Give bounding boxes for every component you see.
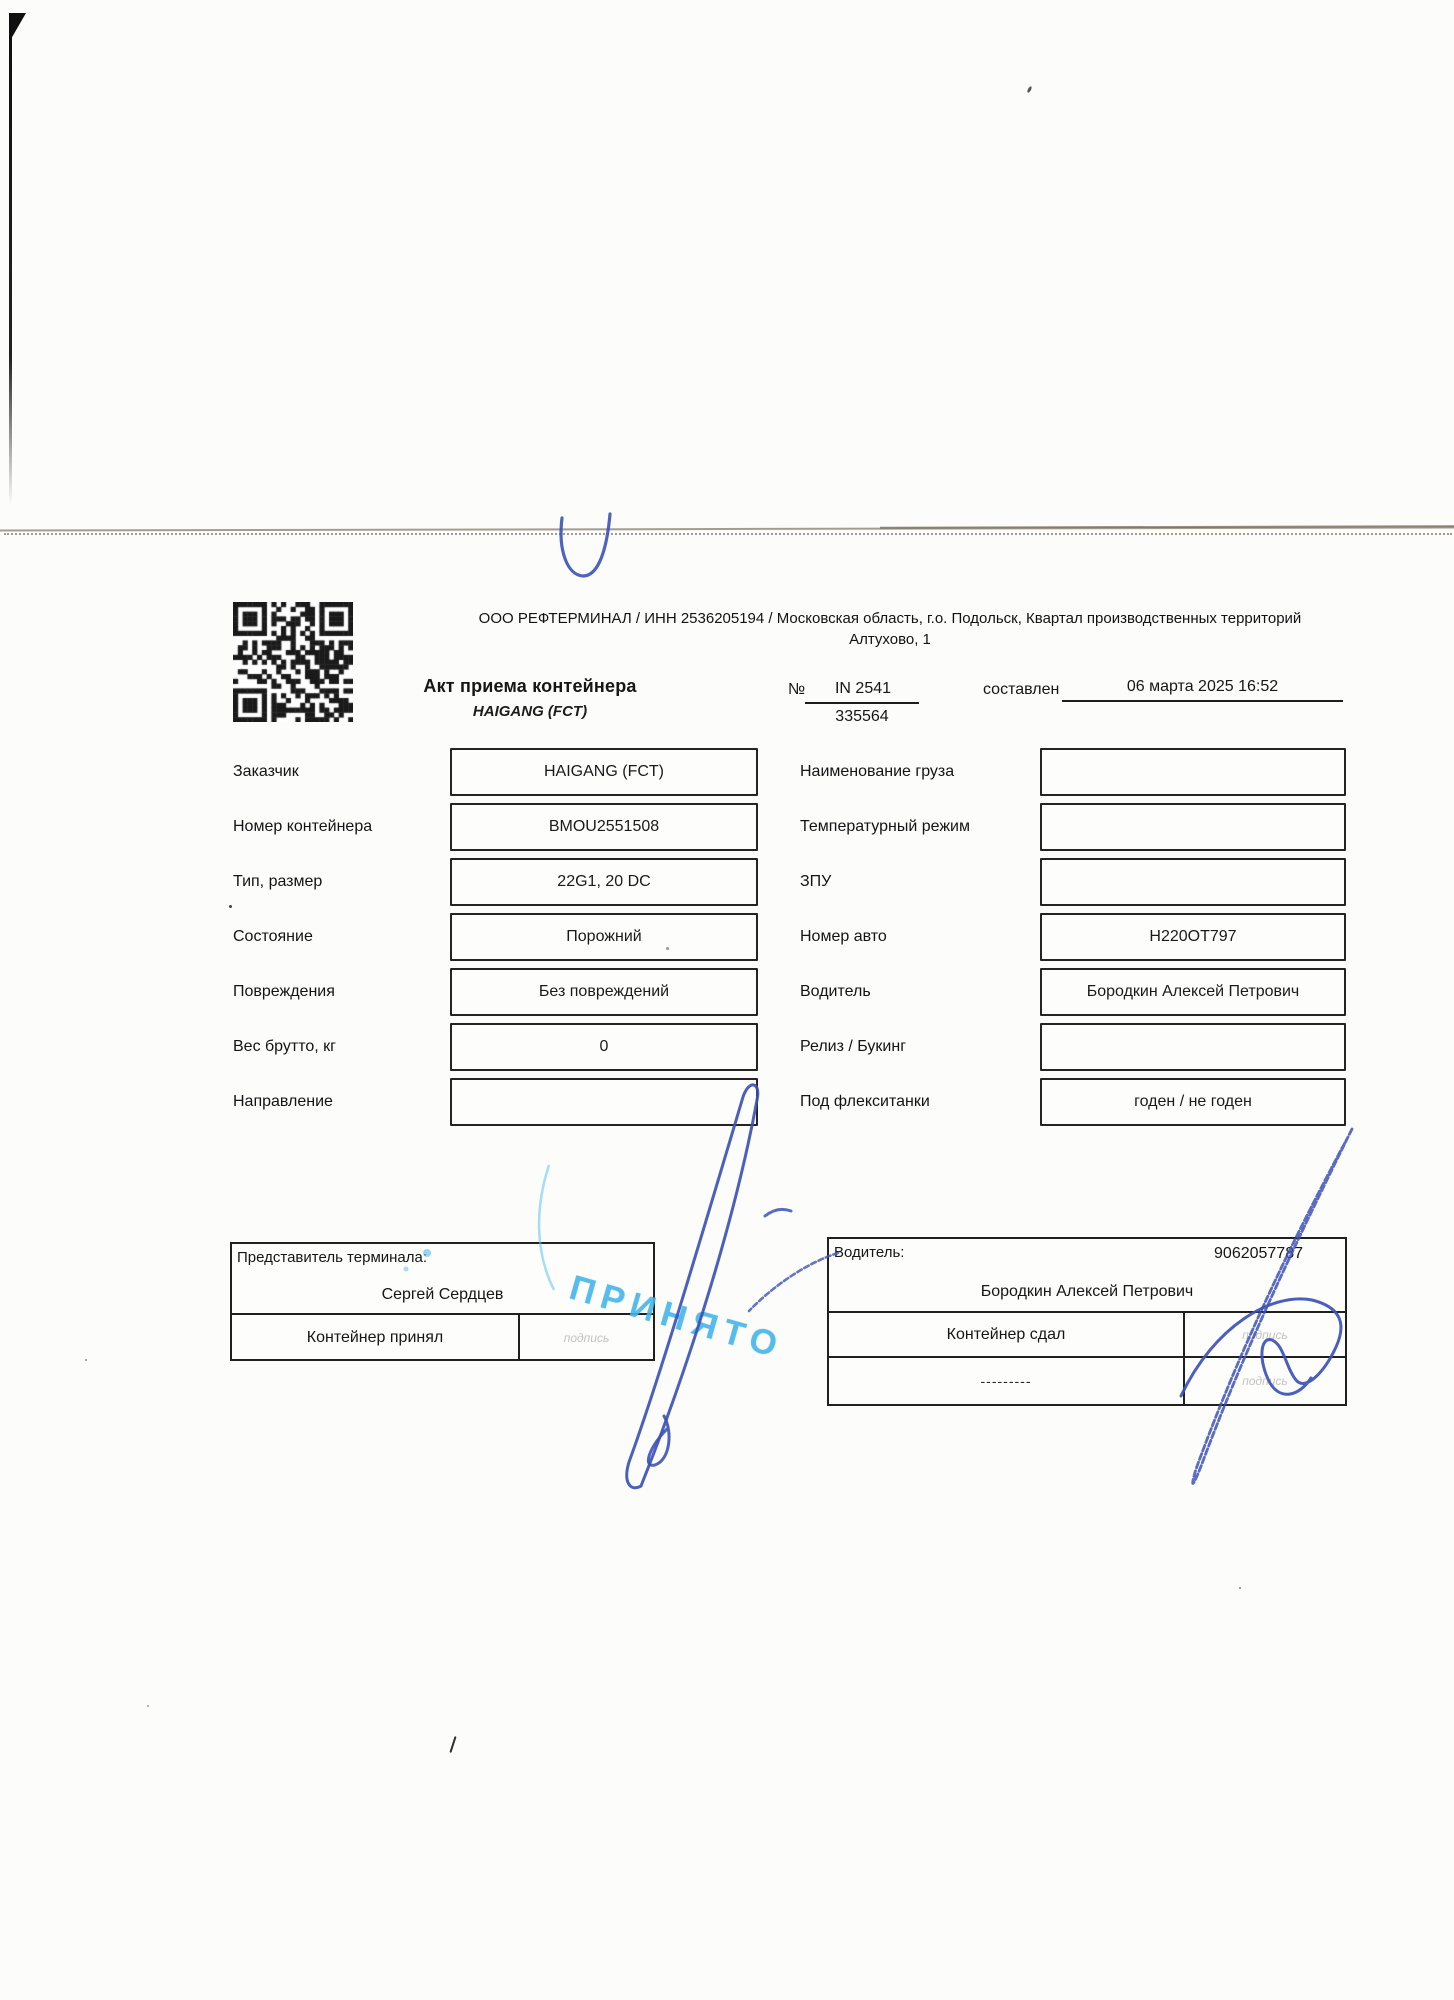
signature-main-dash [765,1209,791,1216]
field-label: Температурный режим [800,803,970,851]
field-label: Водитель [800,968,871,1016]
driver-table: Водитель: 9062057787 Бородкин Алексей Пе… [827,1237,1347,1406]
scan-edge-flag [11,13,26,39]
field-value: Бородкин Алексей Петрович [1087,983,1300,1001]
container-accepted-label: Контейнер принял [232,1315,520,1361]
terminal-table-row: Контейнер принял подпись [232,1315,653,1361]
scan-fold-dotted-line [4,533,1452,535]
company-header-line2: Алтухово, 1 [440,629,1340,650]
scanned-container-acceptance-act: ООО РЕФТЕРМИНАЛ / ИНН 2536205194 / Моско… [0,0,1454,2000]
signature-main-small-loop [648,1416,669,1465]
field-row-right-3: Номер авто Н220ОТ797 [0,913,1454,961]
field-value-box: Бородкин Алексей Петрович [1040,968,1346,1016]
container-handed-label: Контейнер сдал [829,1313,1185,1356]
signature-main-hook [749,1253,838,1311]
driver-signature-cell2: подпись [1185,1358,1345,1404]
field-value: Н220ОТ797 [1149,928,1236,946]
scan-speck [85,1359,87,1361]
terminal-title: Представитель терминала: [237,1249,427,1266]
field-row-right-0: Наименование груза [0,748,1454,796]
field-label: ЗПУ [800,858,831,906]
company-header-line1: ООО РЕФТЕРМИНАЛ / ИНН 2536205194 / Моско… [440,608,1340,629]
scan-speck [1027,86,1033,94]
signature-hint: подпись [1242,1374,1288,1388]
driver-name: Бородкин Алексей Петрович [829,1283,1345,1301]
document-number-value: IN 2541 [807,680,919,698]
field-value-box: Н220ОТ797 [1040,913,1346,961]
driver-title: Водитель: [834,1244,904,1261]
signature-hint: подпись [1242,1328,1288,1342]
qr-code [233,602,353,722]
field-row-right-5: Релиз / Букинг [0,1023,1454,1071]
field-row-right-2: ЗПУ [0,858,1454,906]
field-value: годен / не годен [1134,1093,1252,1111]
field-label: Номер авто [800,913,887,961]
document-number-underline [805,702,919,704]
field-value-box [1040,748,1346,796]
document-number-value2: 335564 [805,708,919,726]
signature-stroke-top-u [561,514,610,576]
field-row-right-6: Под флекситанки годен / не годен [0,1078,1454,1126]
document-title: Акт приема контейнера [380,676,680,697]
scan-speck [449,1736,456,1753]
company-header: ООО РЕФТЕРМИНАЛ / ИНН 2536205194 / Моско… [440,608,1340,650]
driver-table-row: --------- подпись [829,1358,1345,1404]
scan-speck [147,1705,149,1707]
field-label: Под флекситанки [800,1078,930,1126]
driver-table-row: Контейнер сдал подпись [829,1313,1345,1358]
driver-table-header: Водитель: 9062057787 Бородкин Алексей Пе… [829,1239,1345,1313]
driver-phone: 9062057787 [1214,1245,1303,1263]
field-value-box [1040,803,1346,851]
scan-edge-line [9,13,12,505]
field-label: Релиз / Букинг [800,1023,906,1071]
driver-signature-cell: подпись [1185,1313,1345,1356]
field-row-right-1: Температурный режим [0,803,1454,851]
dashes-placeholder: --------- [829,1358,1185,1404]
field-value-box [1040,1023,1346,1071]
document-number-label: № [788,681,805,699]
document-subtitle: HAIGANG (FCT) [380,703,680,720]
signature-hint: подпись [564,1331,610,1345]
composed-date-underline [1062,700,1343,702]
field-label: Наименование груза [800,748,954,796]
composed-date-label: составлен [983,681,1059,699]
composed-date-value: 06 марта 2025 16:52 [1062,678,1343,696]
field-row-right-4: Водитель Бородкин Алексей Петрович [0,968,1454,1016]
scan-speck [1239,1587,1241,1589]
field-value-box: годен / не годен [1040,1078,1346,1126]
field-value-box [1040,858,1346,906]
